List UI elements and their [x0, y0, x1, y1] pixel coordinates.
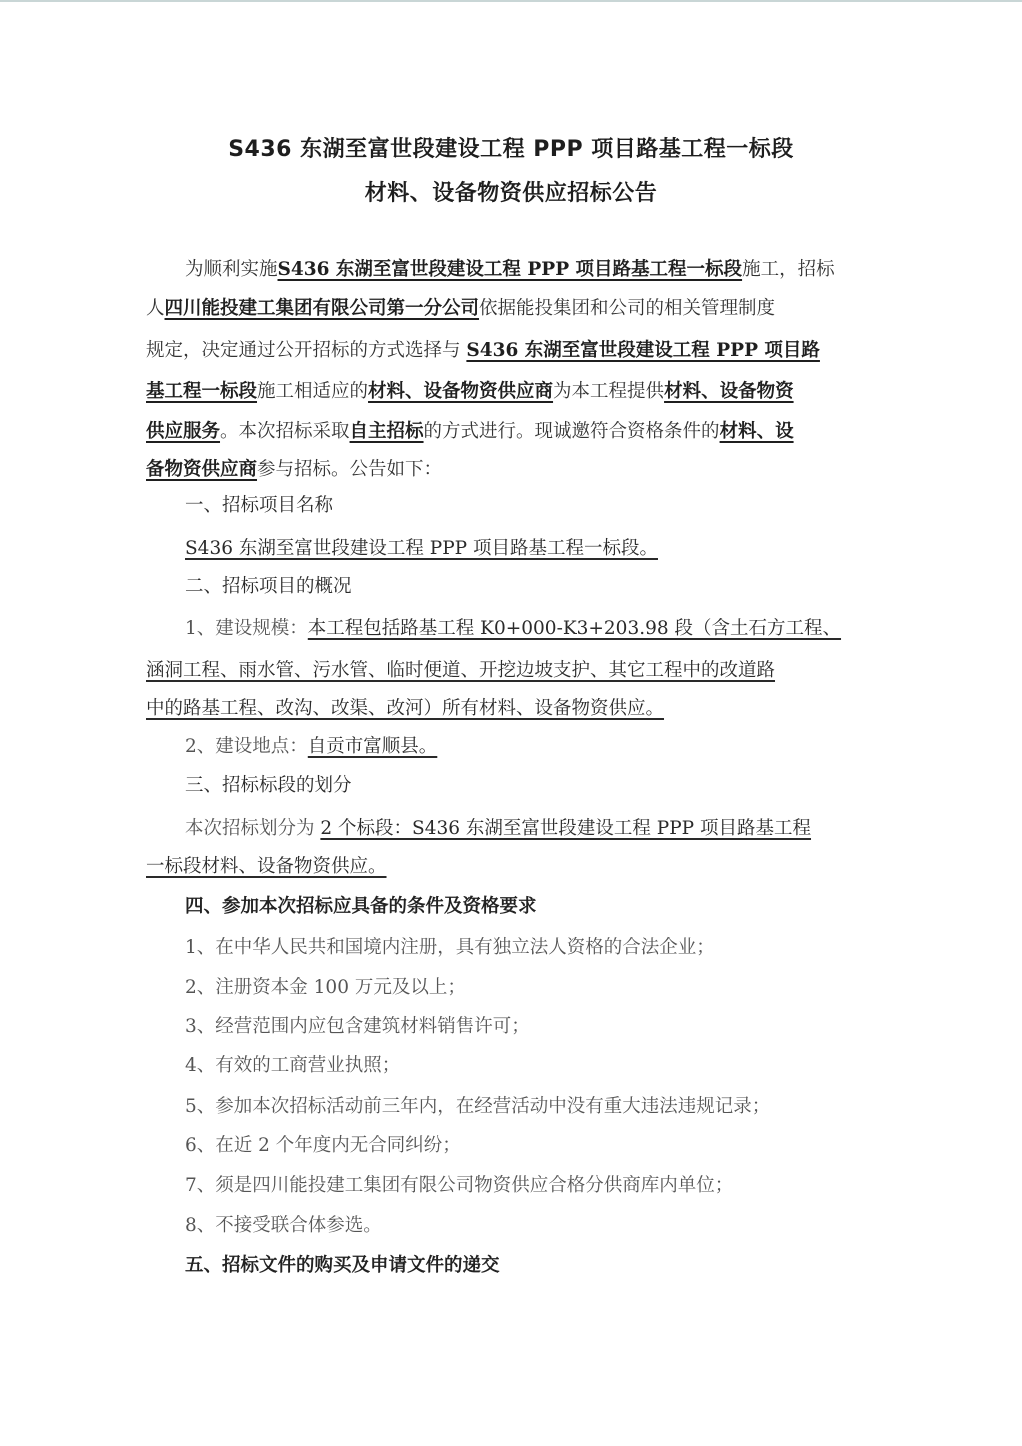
document-title-line1: S436 东湖至富世段建设工程 PPP 项目路基工程一标段: [0, 132, 1022, 163]
requirement-item: 5、参加本次招标活动前三年内，在经营活动中没有重大违法违规记录；: [185, 1093, 905, 1121]
intro-text: 参与招标。公告如下：: [257, 459, 442, 480]
section-2-item-1-line-2: 涵洞工程、雨水管、污水管、临时便道、开挖边坡支护、其它工程中的改道路: [146, 657, 866, 685]
intro-text: 施工，招标: [742, 259, 835, 280]
item-label: 2、建设地点：: [185, 736, 308, 757]
section-1-content: S436 东湖至富世段建设工程 PPP 项目路基工程一标段。: [185, 535, 905, 563]
document-title-line2: 材料、设备物资供应招标公告: [0, 176, 1022, 207]
requirement-item: 6、在近 2 个年度内无合同纠纷；: [185, 1132, 905, 1160]
section-4-heading: 四、参加本次招标应具备的条件及资格要求: [185, 893, 905, 921]
project-name-underlined: S436 东湖至富世段建设工程 PPP 项目路: [466, 340, 820, 361]
requirement-item: 1、在中华人民共和国境内注册，具有独立法人资格的合法企业；: [185, 934, 905, 962]
project-name-underlined: 基工程一标段: [146, 381, 257, 402]
item-label: 1、建设规模：: [185, 618, 308, 639]
intro-text: 人: [146, 298, 165, 319]
requirement-item: 4、有效的工商营业执照；: [185, 1052, 905, 1080]
requirement-item: 7、须是四川能投建工集团有限公司物资供应合格分供商库内单位；: [185, 1172, 905, 1200]
section-text: 本次招标划分为: [185, 818, 320, 839]
intro-line-4: 基工程一标段施工相适应的材料、设备物资供应商为本工程提供材料、设备物资: [146, 378, 866, 406]
scope-underlined: 中的路基工程、改沟、改渠、改河）所有材料、设备物资供应。: [146, 698, 664, 719]
section-2-item-1-line-3: 中的路基工程、改沟、改渠、改河）所有材料、设备物资供应。: [146, 695, 866, 723]
lots-underlined: 一标段材料、设备物资供应。: [146, 856, 387, 877]
service-underlined: 材料、设备物资: [664, 381, 794, 402]
requirement-item: 3、经营范围内应包含建筑材料销售许可；: [185, 1013, 905, 1041]
intro-line-6: 备物资供应商参与招标。公告如下：: [146, 456, 866, 484]
section-3-heading: 三、招标标段的划分: [185, 772, 905, 800]
service-underlined: 供应服务: [146, 421, 220, 442]
section-5-heading: 五、招标文件的购买及申请文件的递交: [185, 1252, 905, 1280]
intro-text: 依据能投集团和公司的相关管理制度: [479, 298, 775, 319]
supplier-type-underlined: 材料、设: [720, 421, 794, 442]
intro-text: 规定，决定通过公开招标的方式选择与: [146, 340, 466, 361]
intro-line-3: 规定，决定通过公开招标的方式选择与 S436 东湖至富世段建设工程 PPP 项目…: [146, 337, 866, 365]
scope-underlined: 本工程包括路基工程 K0+000-K3+203.98 段（含土石方工程、: [308, 618, 841, 639]
section-1-heading: 一、招标项目名称: [185, 492, 905, 520]
project-name-underlined: S436 东湖至富世段建设工程 PPP 项目路基工程一标段: [278, 259, 743, 280]
project-name-underlined: S436 东湖至富世段建设工程 PPP 项目路基工程一标段。: [185, 538, 658, 559]
requirement-item: 2、注册资本金 100 万元及以上；: [185, 974, 905, 1002]
requirement-item: 8、不接受联合体参选。: [185, 1212, 905, 1240]
intro-line-5: 供应服务。本次招标采取自主招标的方式进行。现诚邀符合资格条件的材料、设: [146, 418, 866, 446]
intro-text: 的方式进行。现诚邀符合资格条件的: [424, 421, 720, 442]
supplier-type-underlined: 材料、设备物资供应商: [368, 381, 553, 402]
intro-text: 为本工程提供: [553, 381, 664, 402]
section-2-heading: 二、招标项目的概况: [185, 573, 905, 601]
section-3-line-2: 一标段材料、设备物资供应。: [146, 853, 866, 881]
supplier-type-underlined: 备物资供应商: [146, 459, 257, 480]
scope-underlined: 涵洞工程、雨水管、污水管、临时便道、开挖边坡支护、其它工程中的改道路: [146, 660, 775, 681]
intro-line-2: 人四川能投建工集团有限公司第一分公司依据能投集团和公司的相关管理制度: [146, 295, 866, 323]
lots-underlined: 2 个标段：S436 东湖至富世段建设工程 PPP 项目路基工程: [320, 818, 811, 839]
scan-edge-line: [0, 0, 1022, 2]
section-2-item-1-line-1: 1、建设规模：本工程包括路基工程 K0+000-K3+203.98 段（含土石方…: [185, 615, 905, 643]
section-2-item-2: 2、建设地点：自贡市富顺县。: [185, 733, 905, 761]
tender-method-underlined: 自主招标: [350, 421, 424, 442]
tenderer-name-underlined: 四川能投建工集团有限公司第一分公司: [165, 298, 480, 319]
section-3-line-1: 本次招标划分为 2 个标段：S436 东湖至富世段建设工程 PPP 项目路基工程: [185, 815, 905, 843]
location-underlined: 自贡市富顺县。: [308, 736, 438, 757]
intro-line-1: 为顺利实施S436 东湖至富世段建设工程 PPP 项目路基工程一标段施工，招标: [185, 256, 905, 284]
intro-text: 为顺利实施: [185, 259, 278, 280]
intro-text: 施工相适应的: [257, 381, 368, 402]
intro-text: 。本次招标采取: [220, 421, 350, 442]
